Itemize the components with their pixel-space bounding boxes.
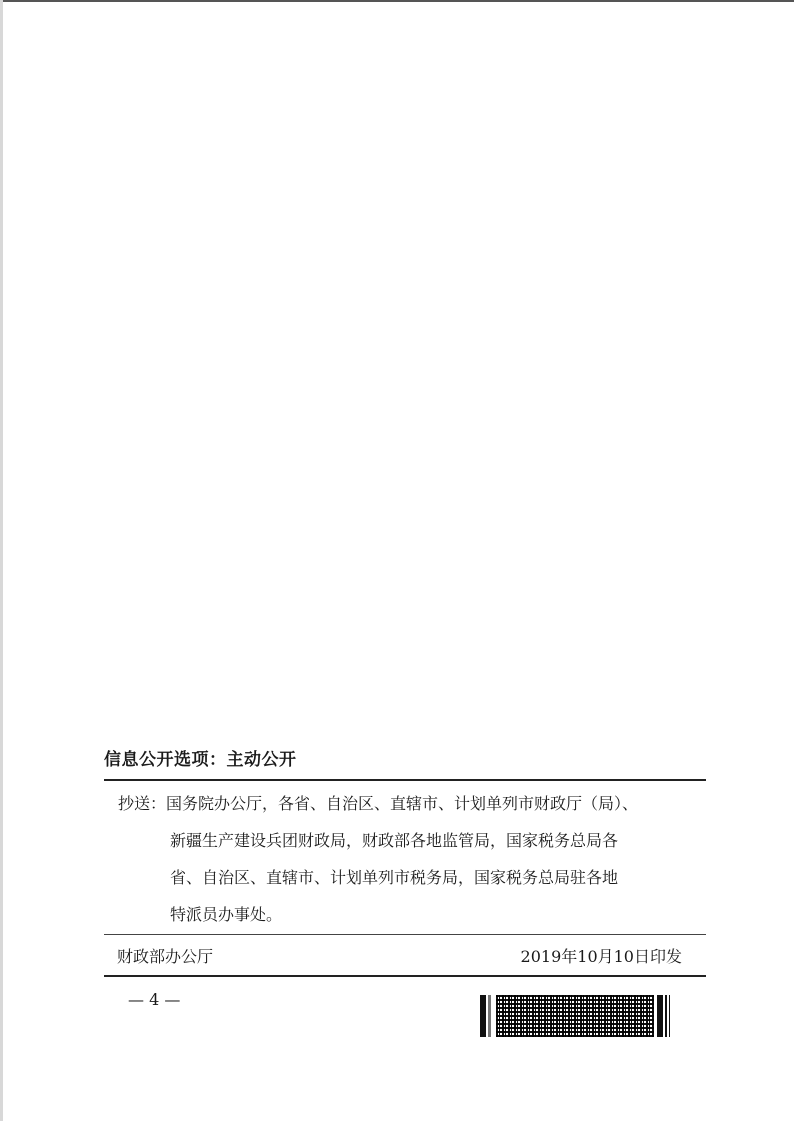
page-top-edge bbox=[0, 0, 794, 2]
cc-block: 抄送：国务院办公厅，各省、自治区、直辖市、计划单列市财政厅（局）、 新疆生产建设… bbox=[118, 785, 708, 933]
barcode-icon bbox=[480, 995, 670, 1037]
cc-line-4: 特派员办事处。 bbox=[118, 896, 708, 933]
issuer: 财政部办公厅 bbox=[117, 944, 213, 967]
divider-middle bbox=[104, 934, 706, 935]
page-left-edge bbox=[0, 0, 3, 1121]
cc-line-3: 省、自治区、直辖市、计划单列市税务局，国家税务总局驻各地 bbox=[118, 859, 708, 896]
cc-line-1: 抄送：国务院办公厅，各省、自治区、直辖市、计划单列市财政厅（局）、 bbox=[118, 785, 708, 822]
page-number: — 4 — bbox=[128, 990, 180, 1009]
divider-top bbox=[104, 779, 706, 781]
divider-bottom bbox=[104, 975, 706, 977]
barcode-matrix bbox=[496, 995, 654, 1037]
disclosure-option: 信息公开选项：主动公开 bbox=[104, 745, 297, 770]
issue-date: 2019年10月10日印发 bbox=[521, 944, 682, 967]
cc-line-2: 新疆生产建设兵团财政局，财政部各地监管局，国家税务总局各 bbox=[118, 822, 708, 859]
